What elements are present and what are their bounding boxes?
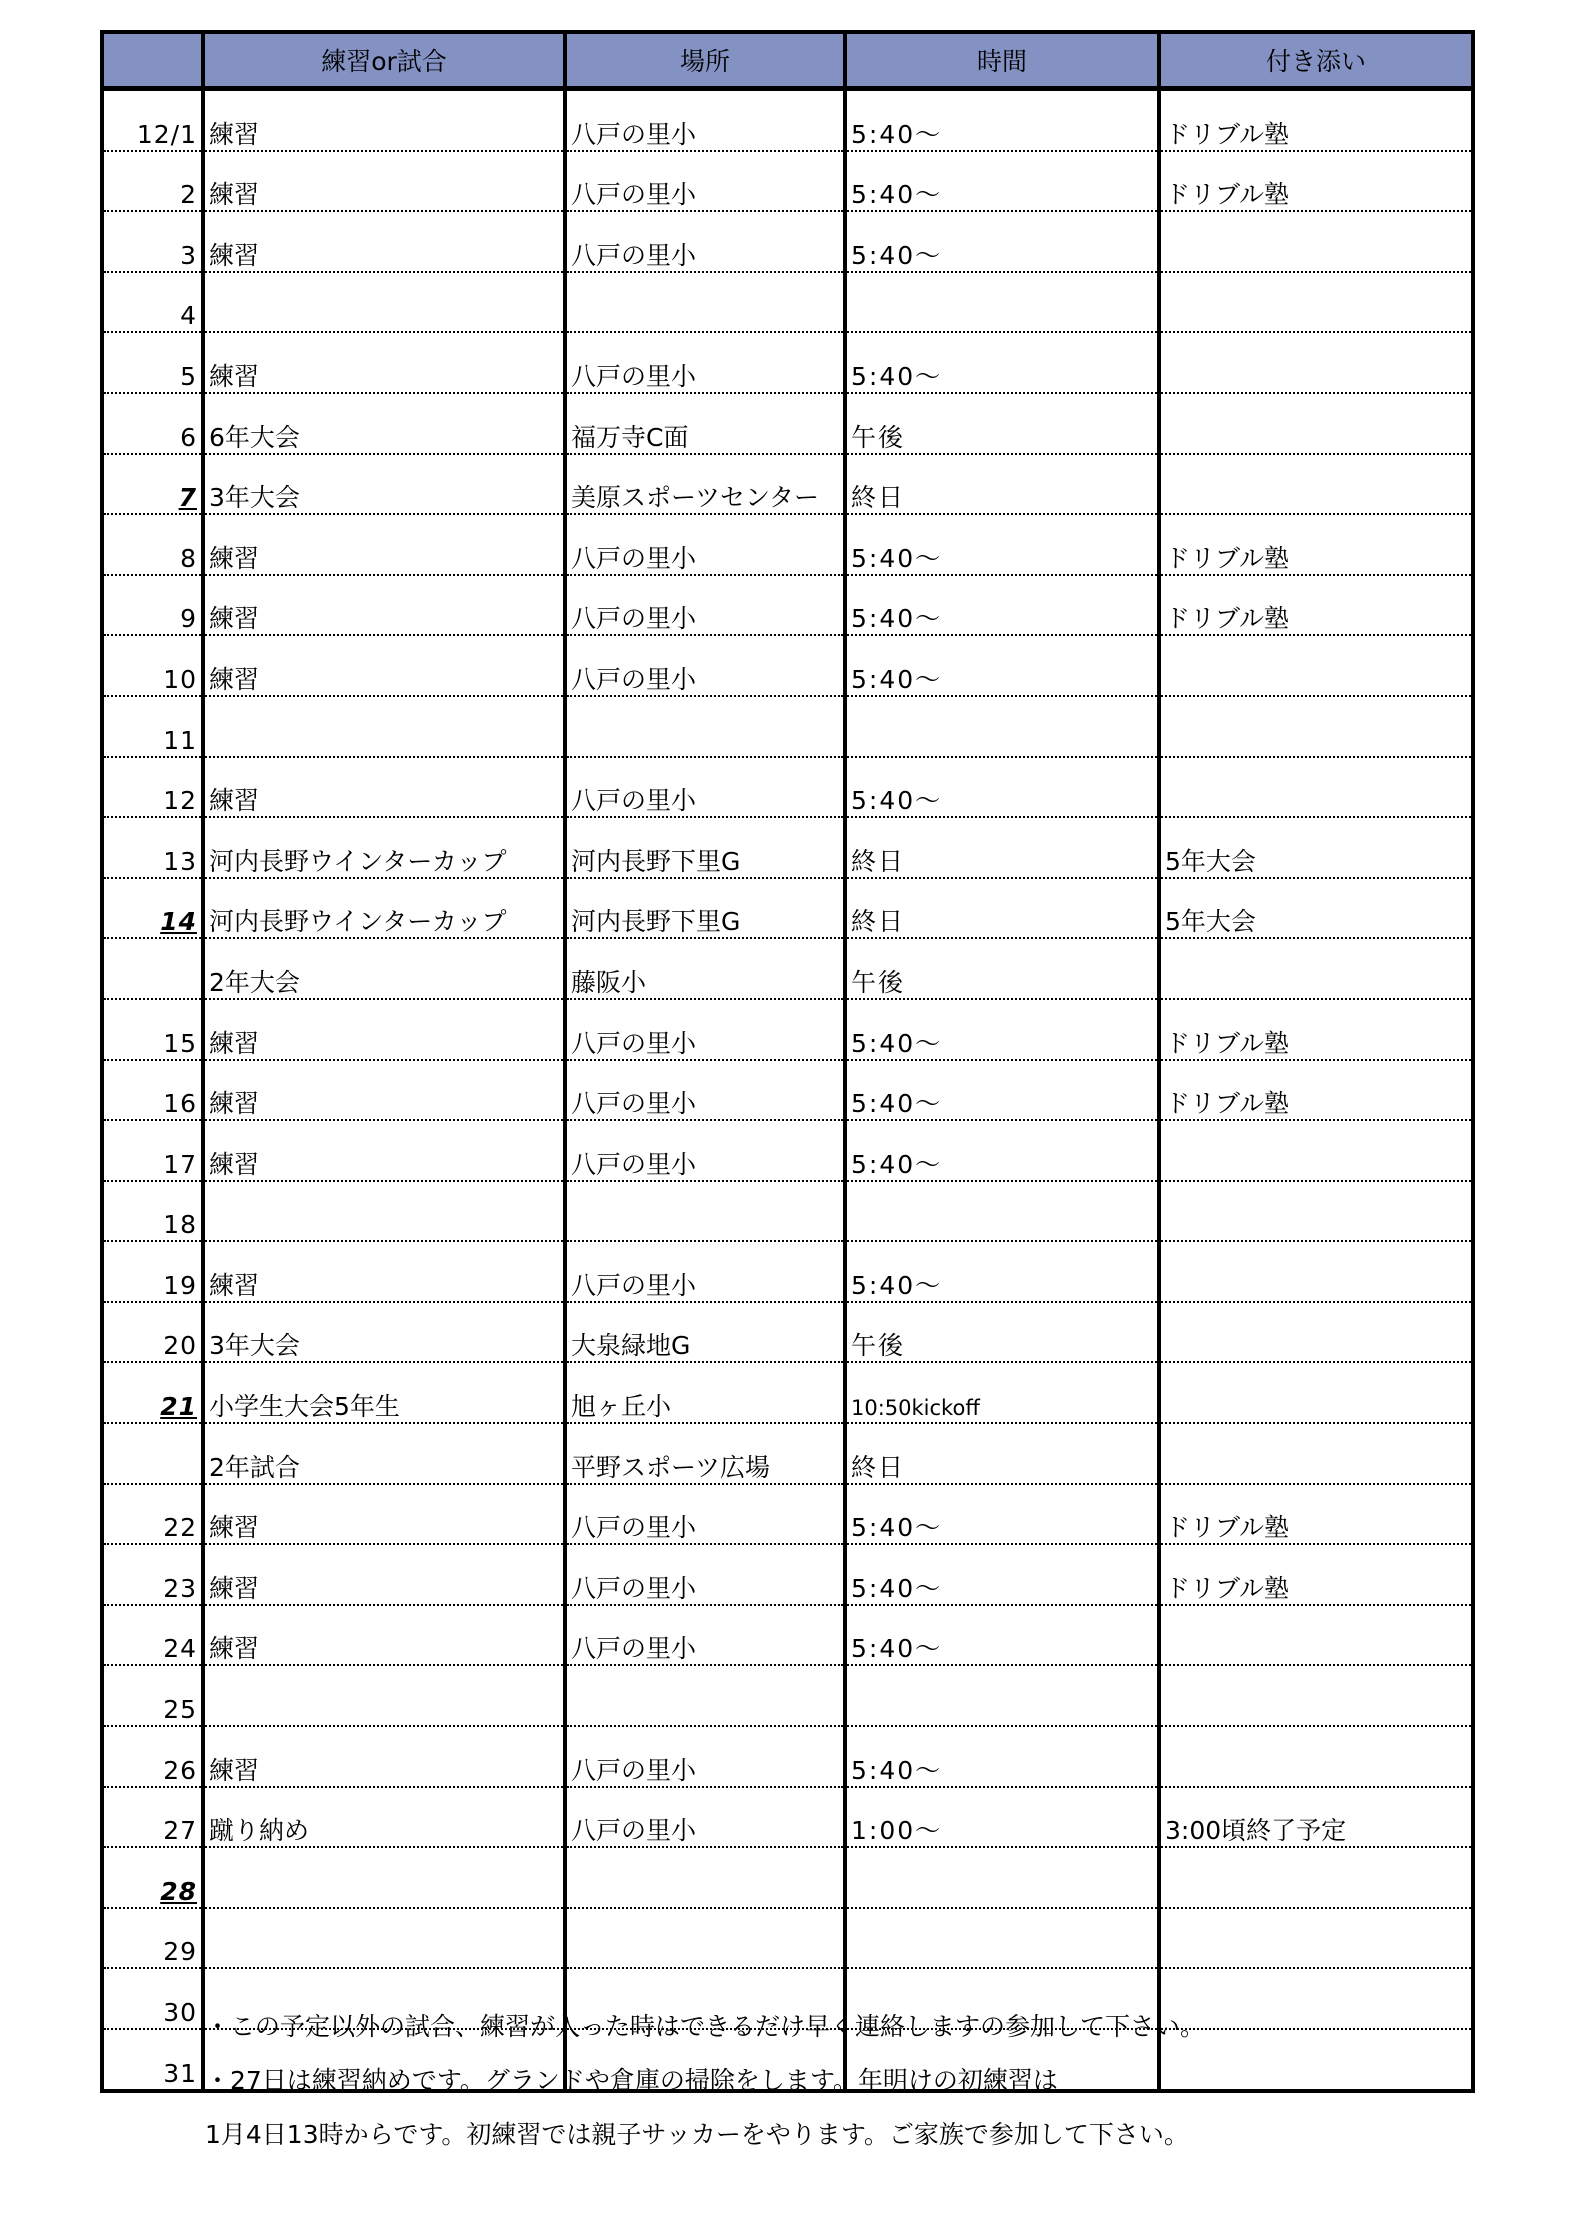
cell-place: 八戸の里小 [565,211,845,272]
cell-place: 八戸の里小 [565,1484,845,1545]
cell-date: 18 [104,1181,203,1242]
cell-escort [1159,635,1471,696]
table-row: 16練習八戸の里小5:40〜ドリブル塾 [104,1060,1471,1121]
cell-escort [1159,332,1471,393]
cell-escort [1159,757,1471,818]
cell-time: 5:40〜 [845,1544,1159,1605]
cell-place: 美原スポーツセンター [565,454,845,515]
cell-escort [1159,393,1471,454]
cell-place: 八戸の里小 [565,89,845,151]
cell-place: 八戸の里小 [565,1726,845,1787]
cell-escort [1159,2029,1471,2089]
cell-escort [1159,1908,1471,1969]
date-label: 22 [163,1513,197,1542]
date-label: 20 [163,1331,197,1360]
table-row: 17練習八戸の里小5:40〜 [104,1120,1471,1181]
table-row: 10練習八戸の里小5:40〜 [104,635,1471,696]
table-row: 29 [104,1908,1471,1969]
date-label: 14 [160,907,197,936]
cell-place: 八戸の里小 [565,514,845,575]
table-row: 2年試合平野スポーツ広場終日 [104,1423,1471,1484]
table-row: 12練習八戸の里小5:40〜 [104,757,1471,818]
cell-escort [1159,1847,1471,1908]
cell-escort [1159,938,1471,999]
cell-time: 午後 [845,393,1159,454]
table-row: 23練習八戸の里小5:40〜ドリブル塾 [104,1544,1471,1605]
table-row: 203年大会大泉緑地G午後 [104,1302,1471,1363]
cell-escort [1159,1181,1471,1242]
cell-time: 1:00〜 [845,1787,1159,1848]
cell-place: 平野スポーツ広場 [565,1423,845,1484]
cell-date: 15 [104,999,203,1060]
cell-type [203,696,565,757]
cell-date: 9 [104,575,203,636]
cell-time: 午後 [845,938,1159,999]
cell-place: 八戸の里小 [565,151,845,212]
cell-type: 練習 [203,999,565,1060]
cell-place: 河内長野下里G [565,817,845,878]
table-row: 66年大会福万寺C面午後 [104,393,1471,454]
cell-date [104,938,203,999]
cell-time: 終日 [845,817,1159,878]
cell-escort: ドリブル塾 [1159,1060,1471,1121]
table-row: 27蹴り納め八戸の里小1:00〜3:00頃終了予定 [104,1787,1471,1848]
date-label: 24 [163,1634,197,1663]
schedule-body: 12/1練習八戸の里小5:40〜ドリブル塾2練習八戸の里小5:40〜ドリブル塾3… [104,89,1471,2089]
cell-escort [1159,454,1471,515]
cell-time [845,1181,1159,1242]
cell-escort [1159,1241,1471,1302]
cell-time: 5:40〜 [845,151,1159,212]
table-row: 13河内長野ウインターカップ河内長野下里G終日5年大会 [104,817,1471,878]
cell-date: 12/1 [104,89,203,151]
cell-type: 練習 [203,89,565,151]
table-row: 19練習八戸の里小5:40〜 [104,1241,1471,1302]
date-label: 26 [163,1756,197,1785]
cell-escort: ドリブル塾 [1159,999,1471,1060]
header-place: 場所 [565,34,845,89]
date-label: 25 [163,1695,197,1724]
cell-type: 練習 [203,514,565,575]
table-row: 25 [104,1665,1471,1726]
note-line: 1月4日13時からです。初練習では親子サッカーをやります。ご家族で参加して下さい… [205,2108,1205,2162]
cell-place: 八戸の里小 [565,1060,845,1121]
cell-time: 5:40〜 [845,1060,1159,1121]
header-type: 練習or試合 [203,34,565,89]
cell-time: 5:40〜 [845,757,1159,818]
cell-date: 5 [104,332,203,393]
cell-date: 2 [104,151,203,212]
date-label: 29 [163,1937,197,1966]
cell-date: 20 [104,1302,203,1363]
cell-time: 10:50kickoff [845,1362,1159,1423]
cell-place: 河内長野下里G [565,878,845,939]
cell-date: 3 [104,211,203,272]
cell-date: 10 [104,635,203,696]
cell-time: 5:40〜 [845,514,1159,575]
date-label: 27 [163,1816,197,1845]
cell-type: 小学生大会5年生 [203,1362,565,1423]
cell-escort: ドリブル塾 [1159,514,1471,575]
cell-time: 5:40〜 [845,1241,1159,1302]
date-label: 7 [179,483,197,512]
table-row: 2年大会藤阪小午後 [104,938,1471,999]
cell-date: 28 [104,1847,203,1908]
cell-escort [1159,1423,1471,1484]
table-row: 28 [104,1847,1471,1908]
date-label: 30 [163,1998,197,2027]
cell-type [203,272,565,333]
cell-type: 練習 [203,1241,565,1302]
table-row: 14河内長野ウインターカップ河内長野下里G終日5年大会 [104,878,1471,939]
cell-time: 午後 [845,1302,1159,1363]
date-label: 21 [160,1392,197,1421]
date-label: 12/1 [137,120,197,149]
date-label: 13 [163,847,197,876]
date-label: 8 [180,544,197,573]
cell-type [203,1665,565,1726]
cell-type: 3年大会 [203,454,565,515]
cell-place: 旭ヶ丘小 [565,1362,845,1423]
date-label: 10 [163,665,197,694]
table-row: 18 [104,1181,1471,1242]
cell-time: 5:40〜 [845,575,1159,636]
cell-place: 八戸の里小 [565,332,845,393]
cell-type: 河内長野ウインターカップ [203,817,565,878]
cell-escort: ドリブル塾 [1159,575,1471,636]
cell-type: 練習 [203,151,565,212]
cell-place [565,272,845,333]
cell-date: 22 [104,1484,203,1545]
cell-type: 練習 [203,1120,565,1181]
cell-type: 練習 [203,332,565,393]
cell-date: 21 [104,1362,203,1423]
cell-date: 30 [104,1968,203,2029]
cell-date: 12 [104,757,203,818]
cell-date: 26 [104,1726,203,1787]
cell-type: 河内長野ウインターカップ [203,878,565,939]
cell-place: 八戸の里小 [565,1605,845,1666]
note-line: ・この予定以外の試合、練習が入った時はできるだけ早く連絡しますの参加して下さい。 [205,2000,1205,2054]
date-label: 4 [180,301,197,330]
cell-escort: ドリブル塾 [1159,1544,1471,1605]
cell-type: 練習 [203,1484,565,1545]
table-row: 4 [104,272,1471,333]
cell-escort [1159,211,1471,272]
table-row: 73年大会美原スポーツセンター終日 [104,454,1471,515]
cell-type: 6年大会 [203,393,565,454]
cell-place: 八戸の里小 [565,1241,845,1302]
cell-date [104,1423,203,1484]
table-row: 3練習八戸の里小5:40〜 [104,211,1471,272]
cell-escort [1159,272,1471,333]
cell-place: 八戸の里小 [565,999,845,1060]
table-row: 8練習八戸の里小5:40〜ドリブル塾 [104,514,1471,575]
table-row: 5練習八戸の里小5:40〜 [104,332,1471,393]
cell-escort: ドリブル塾 [1159,1484,1471,1545]
cell-escort [1159,1302,1471,1363]
cell-place: 福万寺C面 [565,393,845,454]
cell-type: 練習 [203,635,565,696]
cell-type: 練習 [203,211,565,272]
cell-escort: ドリブル塾 [1159,89,1471,151]
cell-date: 24 [104,1605,203,1666]
date-label: 9 [180,604,197,633]
cell-type: 2年大会 [203,938,565,999]
cell-date: 13 [104,817,203,878]
cell-time: 5:40〜 [845,999,1159,1060]
cell-date: 7 [104,454,203,515]
table-row: 22練習八戸の里小5:40〜ドリブル塾 [104,1484,1471,1545]
cell-type: 3年大会 [203,1302,565,1363]
header-time: 時間 [845,34,1159,89]
date-label: 5 [180,362,197,391]
cell-date: 25 [104,1665,203,1726]
cell-time: 5:40〜 [845,635,1159,696]
cell-time: 5:40〜 [845,89,1159,151]
header-date [104,34,203,89]
date-label: 31 [163,2059,197,2088]
cell-place: 八戸の里小 [565,757,845,818]
cell-time: 5:40〜 [845,1605,1159,1666]
date-label: 28 [160,1877,197,1906]
cell-type: 練習 [203,575,565,636]
cell-date: 6 [104,393,203,454]
cell-place [565,1908,845,1969]
cell-place: 八戸の里小 [565,1120,845,1181]
schedule-table: 練習or試合 場所 時間 付き添い 12/1練習八戸の里小5:40〜ドリブル塾2… [104,34,1471,2089]
cell-date: 8 [104,514,203,575]
date-label: 11 [163,726,197,755]
cell-escort [1159,1120,1471,1181]
cell-place [565,1665,845,1726]
cell-time [845,696,1159,757]
cell-time: 終日 [845,454,1159,515]
cell-escort [1159,1726,1471,1787]
table-row: 26練習八戸の里小5:40〜 [104,1726,1471,1787]
cell-escort: 5年大会 [1159,878,1471,939]
table-row: 21小学生大会5年生旭ヶ丘小10:50kickoff [104,1362,1471,1423]
date-label: 2 [180,180,197,209]
date-label: 12 [163,786,197,815]
cell-escort: ドリブル塾 [1159,151,1471,212]
cell-type: 練習 [203,757,565,818]
cell-date: 23 [104,1544,203,1605]
table-row: 9練習八戸の里小5:40〜ドリブル塾 [104,575,1471,636]
cell-time: 終日 [845,1423,1159,1484]
date-label: 3 [180,241,197,270]
table-row: 2練習八戸の里小5:40〜ドリブル塾 [104,151,1471,212]
cell-time [845,272,1159,333]
note-line: ・27日は練習納めです。グランドや倉庫の掃除をします。年明けの初練習は [205,2054,1205,2108]
cell-time: 5:40〜 [845,332,1159,393]
cell-place: 八戸の里小 [565,575,845,636]
cell-date: 16 [104,1060,203,1121]
cell-place [565,1847,845,1908]
cell-type: 練習 [203,1060,565,1121]
cell-place [565,696,845,757]
cell-date: 11 [104,696,203,757]
cell-time [845,1665,1159,1726]
header-escort: 付き添い [1159,34,1471,89]
date-label: 19 [163,1271,197,1300]
cell-escort: 5年大会 [1159,817,1471,878]
cell-time: 5:40〜 [845,1484,1159,1545]
cell-type [203,1908,565,1969]
table-row: 24練習八戸の里小5:40〜 [104,1605,1471,1666]
cell-place [565,1181,845,1242]
cell-escort [1159,696,1471,757]
cell-escort: 3:00頃終了予定 [1159,1787,1471,1848]
date-label: 23 [163,1574,197,1603]
cell-place: 大泉緑地G [565,1302,845,1363]
cell-type: 練習 [203,1726,565,1787]
cell-type [203,1181,565,1242]
date-label: 6 [180,423,197,452]
date-label: 17 [163,1150,197,1179]
cell-escort [1159,1362,1471,1423]
cell-time: 5:40〜 [845,1120,1159,1181]
cell-date: 29 [104,1908,203,1969]
cell-time [845,1908,1159,1969]
cell-place: 八戸の里小 [565,635,845,696]
notes-block: ・この予定以外の試合、練習が入った時はできるだけ早く連絡しますの参加して下さい。… [205,2000,1205,2162]
cell-time: 5:40〜 [845,1726,1159,1787]
cell-place: 八戸の里小 [565,1544,845,1605]
cell-time: 終日 [845,878,1159,939]
cell-type [203,1847,565,1908]
cell-escort [1159,1605,1471,1666]
cell-date: 31 [104,2029,203,2089]
table-row: 12/1練習八戸の里小5:40〜ドリブル塾 [104,89,1471,151]
cell-place: 藤阪小 [565,938,845,999]
cell-escort [1159,1665,1471,1726]
cell-time [845,1847,1159,1908]
cell-place: 八戸の里小 [565,1787,845,1848]
date-label: 16 [163,1089,197,1118]
cell-date: 4 [104,272,203,333]
schedule-sheet: 練習or試合 場所 時間 付き添い 12/1練習八戸の里小5:40〜ドリブル塾2… [100,30,1475,2093]
cell-escort [1159,1968,1471,2029]
cell-type: 練習 [203,1544,565,1605]
cell-type: 2年試合 [203,1423,565,1484]
cell-date: 19 [104,1241,203,1302]
header-row: 練習or試合 場所 時間 付き添い [104,34,1471,89]
date-label: 15 [163,1029,197,1058]
table-row: 15練習八戸の里小5:40〜ドリブル塾 [104,999,1471,1060]
date-label: 18 [163,1210,197,1239]
table-row: 11 [104,696,1471,757]
cell-time: 5:40〜 [845,211,1159,272]
cell-type: 練習 [203,1605,565,1666]
cell-type: 蹴り納め [203,1787,565,1848]
cell-date: 27 [104,1787,203,1848]
cell-date: 17 [104,1120,203,1181]
cell-date: 14 [104,878,203,939]
